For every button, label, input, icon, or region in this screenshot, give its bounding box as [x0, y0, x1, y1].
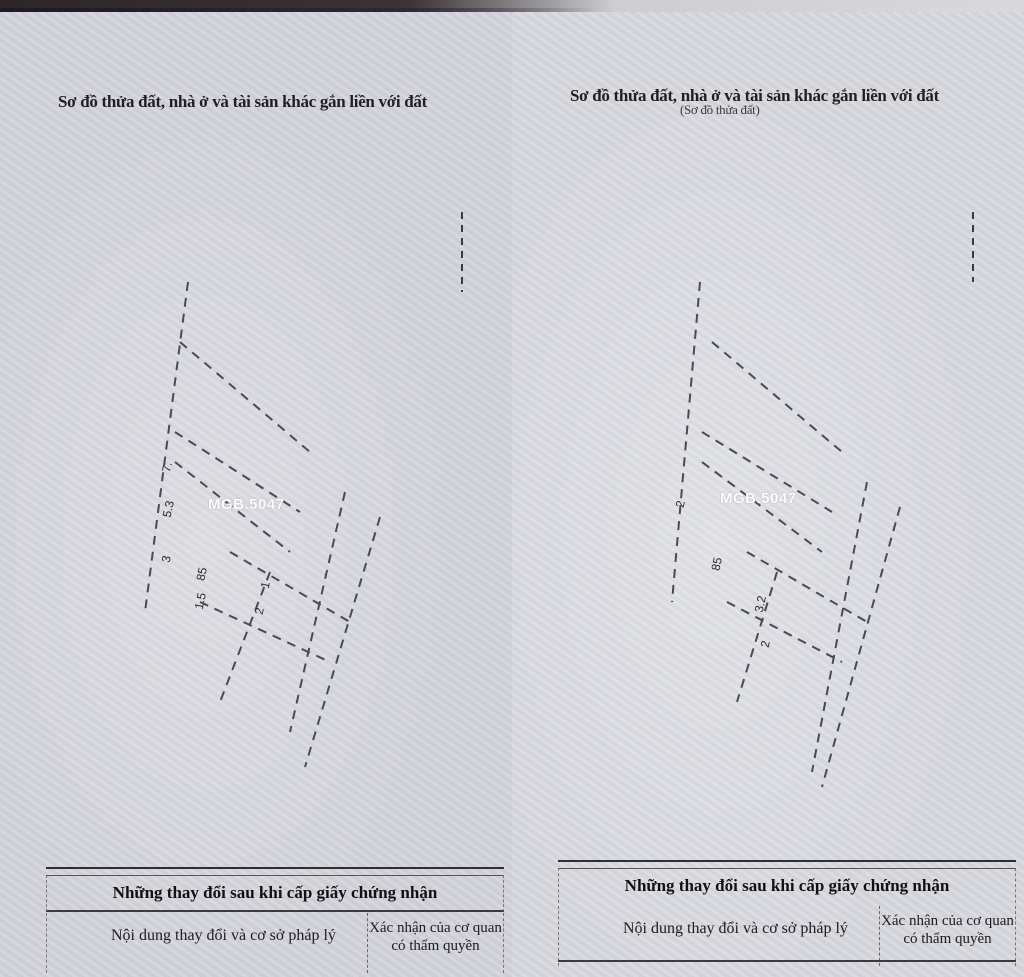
right-changes-table: Những thay đổi sau khi cấp giấy chứng nh…	[558, 860, 1016, 977]
dimension-label: 85	[193, 566, 209, 582]
left-parcel-diagram	[0, 12, 512, 977]
left-changes-table: Những thay đổi sau khi cấp giấy chứng nh…	[46, 867, 504, 977]
changes-table-header-row: Nội dung thay đổi và cơ sở pháp lý Xác n…	[46, 913, 504, 973]
left-parcel-id: MGB.5047	[208, 496, 285, 513]
changes-table-title: Những thay đổi sau khi cấp giấy chứng nh…	[558, 868, 1016, 903]
changes-table-header-row: Nội dung thay đổi và cơ sở pháp lý Xác n…	[558, 906, 1016, 966]
table-divider	[558, 960, 1016, 962]
dimension-label: 85	[708, 556, 724, 572]
changes-col-confirmation: Xác nhận của cơ quan có thẩm quyền	[879, 906, 1015, 966]
left-page: Sơ đồ thửa đất, nhà ở và tài sản khác gắ…	[0, 12, 512, 977]
changes-table-title: Những thay đổi sau khi cấp giấy chứng nh…	[46, 875, 504, 912]
changes-col-confirmation: Xác nhận của cơ quan có thẩm quyền	[367, 913, 503, 973]
right-parcel-id: MGB.5047	[720, 490, 797, 507]
right-page: Sơ đồ thửa đất, nhà ở và tài sản khác gắ…	[512, 12, 1024, 977]
